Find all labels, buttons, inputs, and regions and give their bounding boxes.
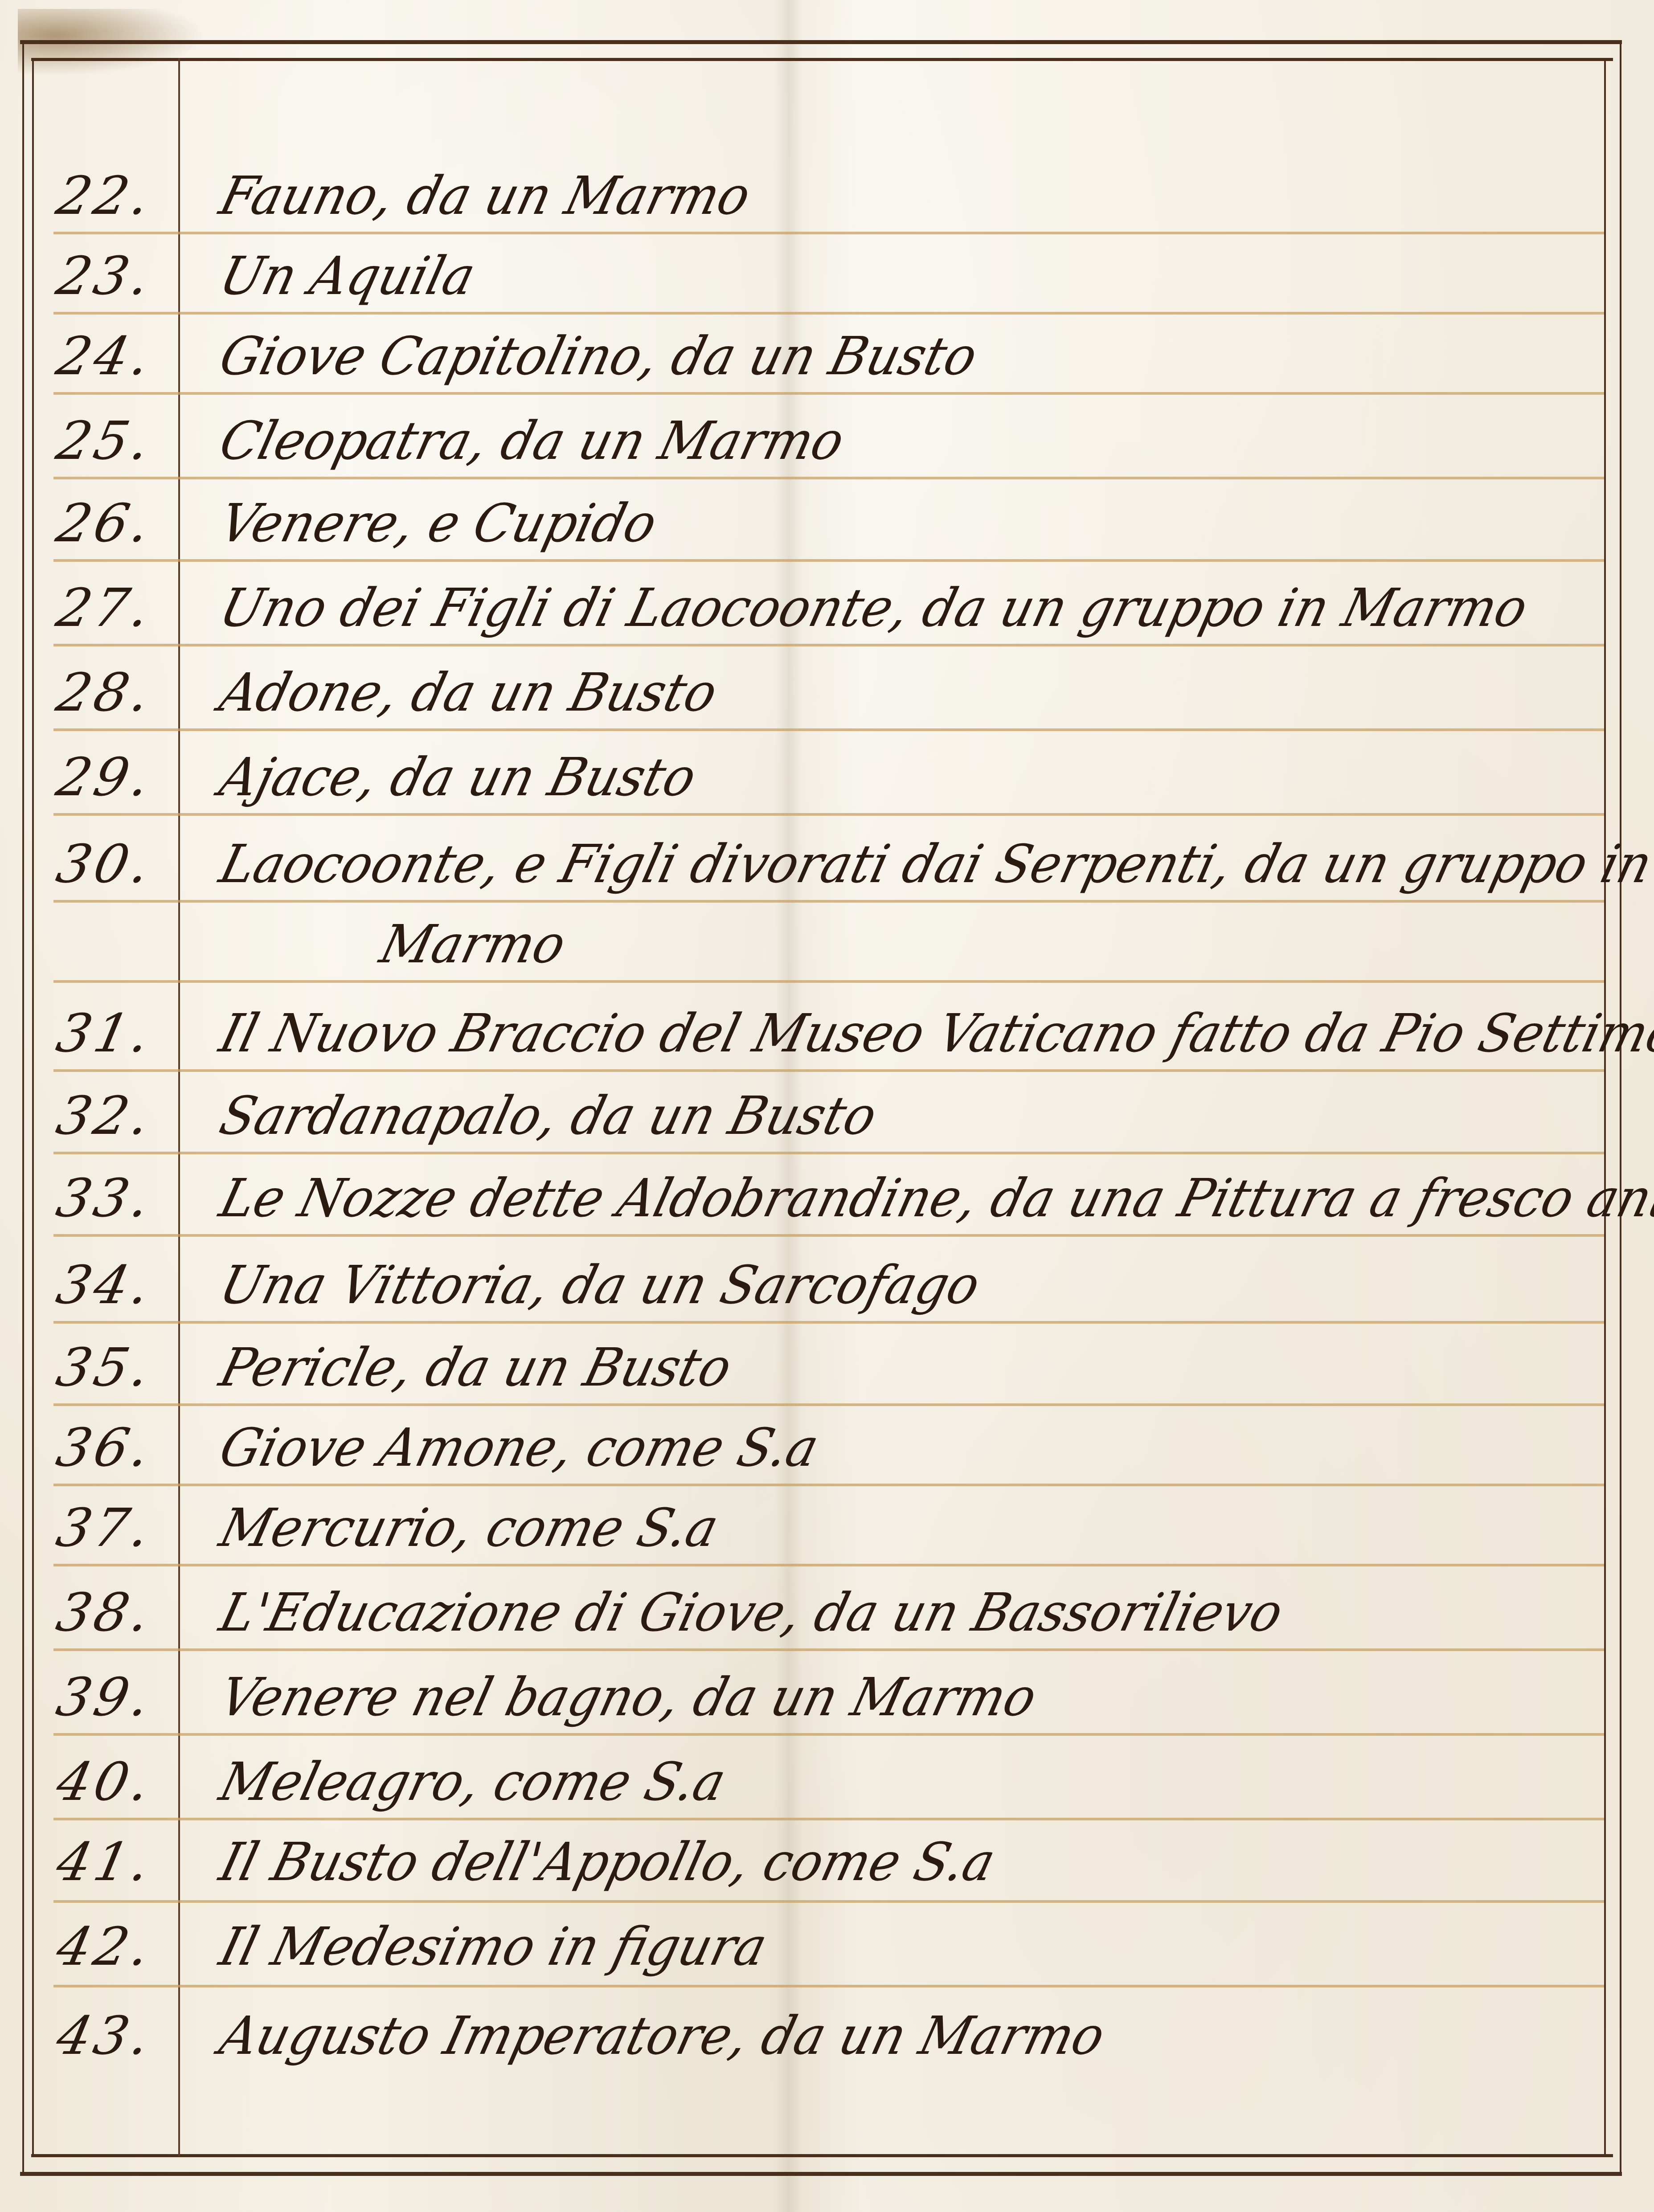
border-right-outer: [1620, 40, 1621, 2174]
border-top-inner: [31, 58, 1613, 61]
border-top-outer: [20, 40, 1622, 44]
entry-title: Sardanapalo, da un Busto: [214, 1085, 883, 1146]
entry-number: 29.: [51, 746, 180, 808]
entry-number: 30.: [51, 833, 180, 895]
entry-number: 36.: [51, 1417, 180, 1478]
entry-number: 27.: [51, 577, 180, 638]
entry-title: Pericle, da un Busto: [214, 1337, 738, 1398]
entry-number: 24.: [51, 325, 180, 387]
catalogue-entry-continuation: Marmo: [0, 895, 1604, 980]
catalogue-entry: 27.Uno dei Figli di Laocoonte, da un gru…: [0, 559, 1604, 644]
entry-title: Il Medesimo in figura: [214, 1916, 773, 1977]
entry-title: Venere nel bagno, da un Marmo: [214, 1666, 1043, 1728]
entry-number: 38.: [51, 1582, 180, 1643]
entry-number: 23.: [51, 245, 180, 307]
entry-number: 28.: [51, 662, 180, 723]
entry-title: Venere, e Cupido: [214, 492, 663, 554]
catalogue-entry: 39.Venere nel bagno, da un Marmo: [0, 1648, 1604, 1733]
entry-title: L'Educazione di Giove, da un Bassoriliev…: [214, 1582, 1289, 1643]
entry-title: Meleagro, come S.a: [214, 1751, 732, 1812]
catalogue-entry: 26.Venere, e Cupido: [0, 474, 1604, 559]
entry-title: Ajace, da un Busto: [214, 746, 702, 808]
entry-number: 31.: [51, 1002, 180, 1064]
entry-number: 43.: [51, 2005, 180, 2066]
entry-title: Augusto Imperatore, da un Marmo: [214, 2005, 1111, 2066]
entry-title: Mercurio, come S.a: [214, 1497, 725, 1558]
entry-title: Una Vittoria, da un Sarcofago: [214, 1254, 986, 1316]
entry-number: 41.: [51, 1831, 180, 1893]
entry-title: Laocoonte, e Figli divorati dai Serpenti…: [214, 833, 1654, 895]
entry-title: Adone, da un Busto: [214, 662, 723, 723]
entry-title: Giove Capitolino, da un Busto: [214, 325, 983, 387]
entry-number: 26.: [51, 492, 180, 554]
entry-number: 37.: [51, 1497, 180, 1558]
entry-number: 42.: [51, 1916, 180, 1977]
catalogue-entry: 38.L'Educazione di Giove, da un Bassoril…: [0, 1564, 1604, 1648]
catalogue-entry: 33.Le Nozze dette Aldobrandine, da una P…: [0, 1149, 1604, 1234]
catalogue-entry: 36.Giove Amone, come S.a: [0, 1399, 1604, 1484]
entry-title: Un Aquila: [214, 245, 481, 307]
catalogue-entry: 37.Mercurio, come S.a: [0, 1479, 1604, 1564]
entry-number: 33.: [51, 1167, 180, 1229]
catalogue-entry: 42.Il Medesimo in figura: [0, 1898, 1604, 1983]
border-right-inner: [1604, 58, 1606, 2156]
entry-title: Il Busto dell'Appollo, come S.a: [214, 1831, 1001, 1893]
catalogue-entry: 22.Fauno, da un Marmo: [0, 147, 1604, 232]
entry-title: Fauno, da un Marmo: [214, 165, 757, 226]
entry-title: Uno dei Figli di Laocoonte, da un gruppo…: [214, 577, 1534, 638]
border-bottom-outer: [20, 2172, 1622, 2176]
entry-title: Cleopatra, da un Marmo: [214, 410, 850, 471]
ruled-line: [53, 980, 1604, 983]
entry-title: Le Nozze dette Aldobrandine, da una Pitt…: [214, 1167, 1654, 1229]
catalogue-entry: 40.Meleagro, come S.a: [0, 1733, 1604, 1818]
catalogue-entry: 35.Pericle, da un Busto: [0, 1319, 1604, 1403]
catalogue-entry: 31.Il Nuovo Braccio del Museo Vaticano f…: [0, 985, 1604, 1069]
catalogue-entry: 28.Adone, da un Busto: [0, 644, 1604, 728]
entry-title: Giove Amone, come S.a: [214, 1417, 825, 1478]
catalogue-entry: 43.Augusto Imperatore, da un Marmo: [0, 1987, 1604, 2072]
entry-number: 25.: [51, 410, 180, 471]
catalogue-entry: 41.Il Busto dell'Appollo, come S.a: [0, 1813, 1604, 1898]
catalogue-entry: 25.Cleopatra, da un Marmo: [0, 392, 1604, 477]
entry-number: 35.: [51, 1337, 180, 1398]
border-bottom-inner: [31, 2154, 1613, 2157]
catalogue-entry: 29.Ajace, da un Busto: [0, 728, 1604, 813]
entry-number: 22.: [51, 165, 180, 226]
catalogue-entry: 30.Laocoonte, e Figli divorati dai Serpe…: [0, 815, 1604, 900]
entry-number: 39.: [51, 1666, 180, 1728]
catalogue-entry: 34.Una Vittoria, da un Sarcofago: [0, 1236, 1604, 1321]
catalogue-entry: 24.Giove Capitolino, da un Busto: [0, 307, 1604, 392]
entry-title: Il Nuovo Braccio del Museo Vaticano fatt…: [214, 1002, 1654, 1064]
catalogue-entry: 32.Sardanapalo, da un Busto: [0, 1067, 1604, 1152]
catalogue-entry: 23.Un Aquila: [0, 227, 1604, 312]
entry-title: Marmo: [374, 913, 572, 975]
entry-number: 40.: [51, 1751, 180, 1812]
entry-number: 34.: [51, 1254, 180, 1316]
entry-number: 32.: [51, 1085, 180, 1146]
